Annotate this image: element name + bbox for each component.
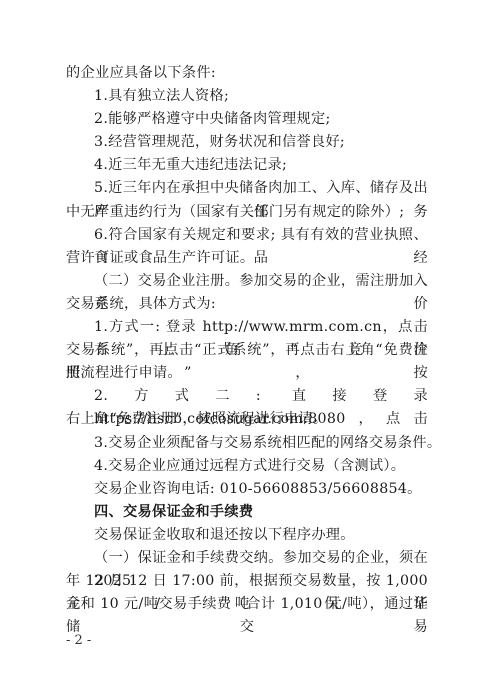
method-one: 1.方式一: 登录 http://www.mrm.com.cn，点击右上角“竞价 (66, 316, 428, 339)
requirement-4: 4.交易企业应通过远程方式进行交易（含测试）。 (66, 455, 428, 478)
contact-phone: 交易企业咨询电话: 010-56608853/56608854。 (66, 478, 428, 501)
document-page: 的企业应具备以下条件: 1.具有独立法人资格; 2.能够严格遵守中央储备肉管理规… (0, 0, 494, 700)
deposit-payment-cont: 年 12 月 12 日 17:00 前，根据预交易数量，按 1,000 元/吨保… (66, 570, 428, 593)
section-registration: （二）交易企业注册。参加交易的企业，需注册加入竞价 (66, 270, 428, 293)
list-item-1: 1.具有独立法人资格; (66, 85, 428, 108)
list-item-4: 4.近三年无重大违纪违法记录; (66, 154, 428, 177)
section-heading-deposit: 四、交易保证金和手续费 (66, 501, 428, 524)
list-item-5: 5.近三年内在承担中央储备肉加工、入库、储存及出库任务 (66, 177, 428, 200)
page-number: - 2 - (66, 633, 91, 648)
list-item-2: 2.能够严格遵守中央储备肉管理规定; (66, 108, 428, 131)
document-body: 的企业应具备以下条件: 1.具有独立法人资格; 2.能够严格遵守中央储备肉管理规… (66, 62, 428, 616)
requirement-3: 3.交易企业须配备与交易系统相匹配的网络交易条件。 (66, 432, 428, 455)
text-line: 的企业应具备以下条件: (66, 62, 428, 85)
deposit-payment-cont-2: 金和 10 元/吨交易手续费（合计 1,010 元/吨），通过华储交易 (66, 593, 428, 616)
list-item-6: 6.符合国家有关规定和要求; 具有有效的营业执照、食品经 (66, 224, 428, 247)
method-two: 2.方式二: 直接登录 https://hscb.cofcosugar.com:… (66, 385, 428, 408)
deposit-intro: 交易保证金收取和退还按以下程序办理。 (66, 524, 428, 547)
deposit-payment: （一）保证金和手续费交纳。参加交易的企业，须在 2025 (66, 547, 428, 570)
method-one-cont: 交易系统”，再点击“正式系统”，再点击右上角“免费注册”，按 (66, 339, 428, 362)
list-item-5-cont: 中无严重违约行为（国家有关部门另有规定的除外）; (66, 201, 428, 224)
list-item-3: 3.经营管理规范，财务状况和信誉良好; (66, 131, 428, 154)
